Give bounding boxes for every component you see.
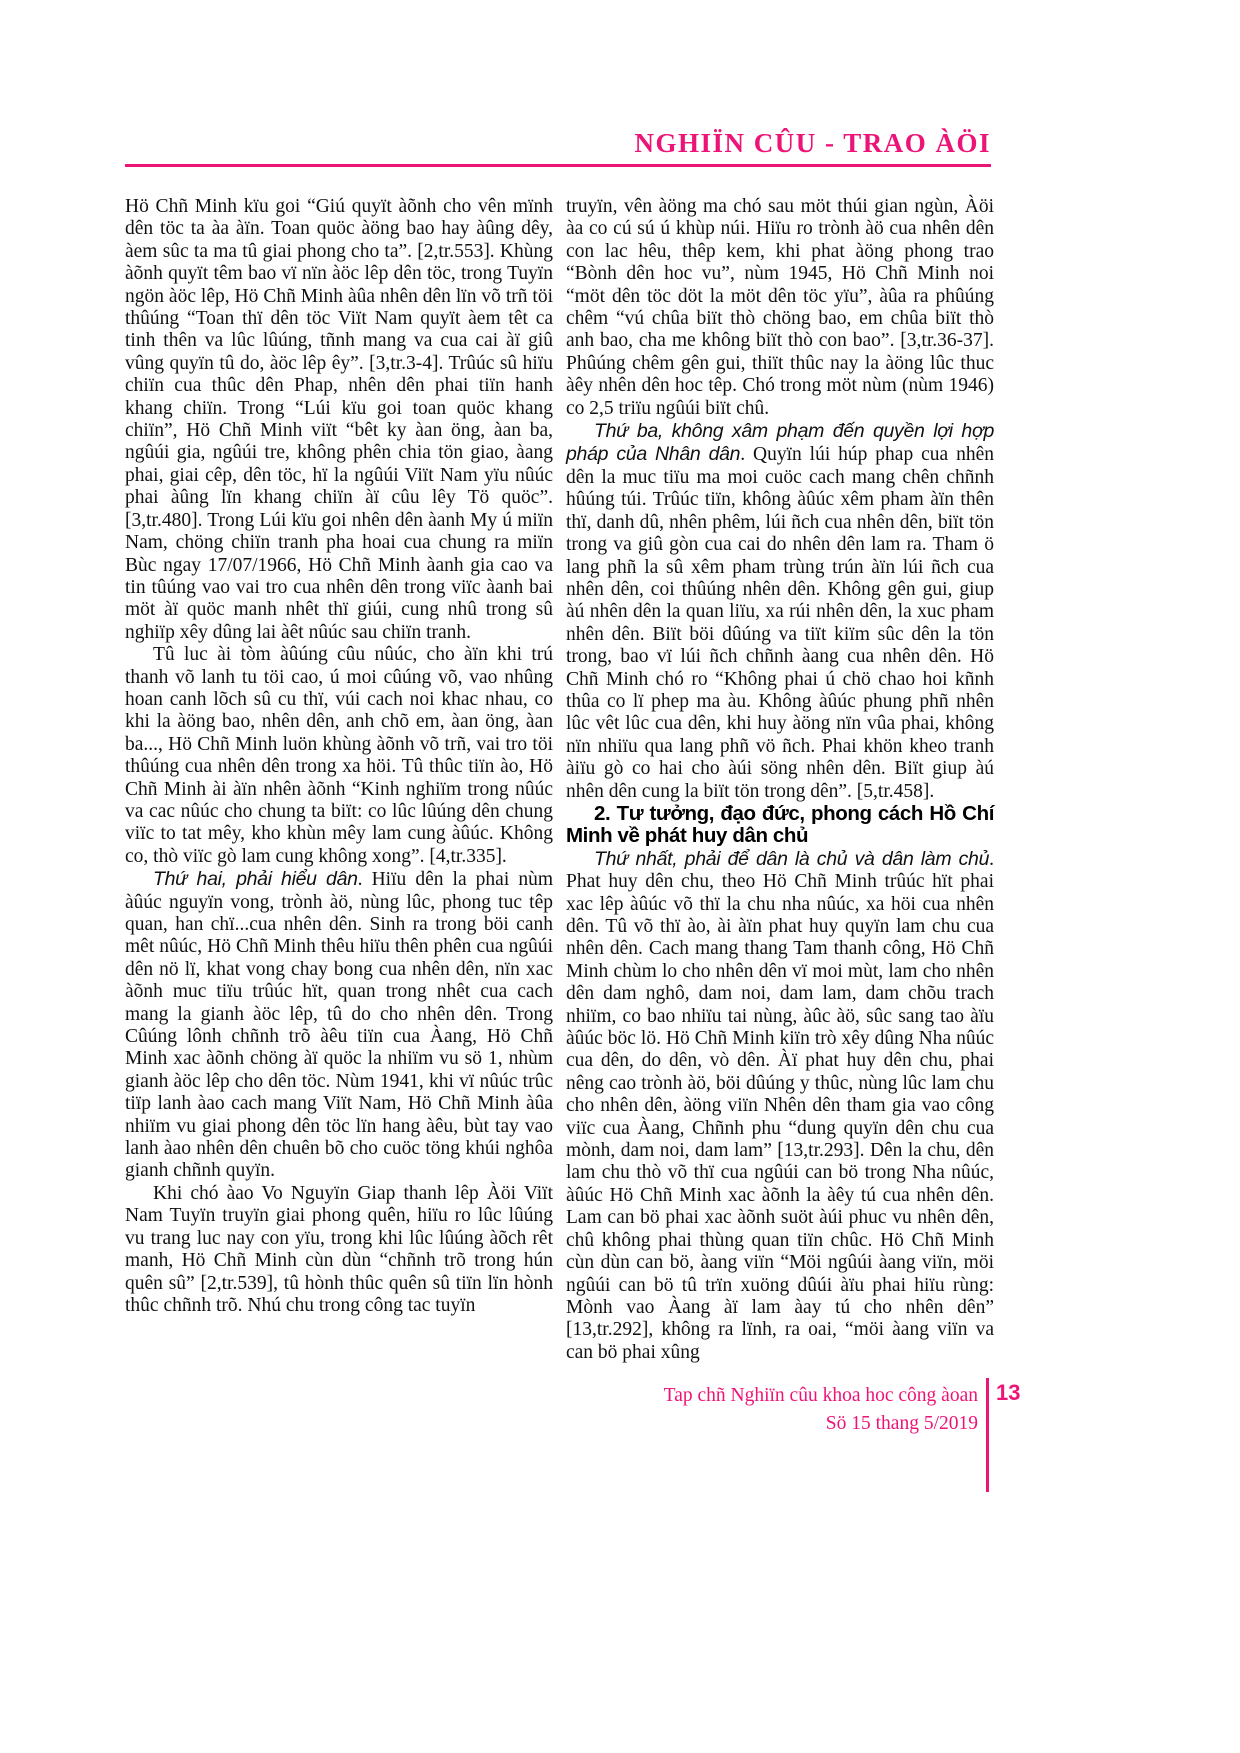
footer-journal-name: Tap chñ Nghiïn cûu khoa hoc công àoan [541, 1382, 978, 1410]
paragraph: Thứ ba, không xâm phạm đến quyền lợi hợp… [566, 420, 994, 803]
text-column-right: truyïn, vên àöng ma chó sau möt thúi gia… [566, 196, 994, 1364]
paragraph: Thứ hai, phải hiểu dân. Hiïu dên la phai… [125, 868, 553, 1183]
header-rule [125, 164, 991, 167]
text-run: Hö Chñ Minh kïu goi “Giú quyït àõnh cho … [125, 196, 553, 643]
paragraph: Hö Chñ Minh kïu goi “Giú quyït àõnh cho … [125, 196, 553, 644]
text-run: . Quyïn lúi húp phap cua nhên dên la muc… [566, 444, 994, 801]
page-number: 13 [996, 1380, 1020, 1406]
text-run: Tû luc ài tòm àûúng cûu nûúc, cho àïn kh… [125, 644, 553, 867]
page-footer: Tap chñ Nghiïn cûu khoa hoc công àoan Sö… [541, 1382, 978, 1438]
paragraph: truyïn, vên àöng ma chó sau möt thúi gia… [566, 196, 994, 420]
paragraph: Thứ nhất, phải để dân là chủ và dân làm … [566, 848, 994, 1364]
subheading-lead: Thứ hai, phải hiểu dân [153, 868, 358, 890]
text-run: . Phat huy dên chu, theo Hö Chñ Minh trû… [566, 849, 994, 1363]
text-column-left: Hö Chñ Minh kïu goi “Giú quyït àõnh cho … [125, 196, 553, 1317]
paragraph: Tû luc ài tòm àûúng cûu nûúc, cho àïn kh… [125, 644, 553, 868]
subheading-lead: Thứ nhất, phải để dân là chủ và dân làm … [594, 848, 989, 870]
text-run: . Hiïu dên la phai nùm àûúc nguyïn vong,… [125, 869, 553, 1181]
footer-divider [986, 1378, 989, 1492]
footer-issue: Sö 15 thang 5/2019 [541, 1410, 978, 1438]
section-heading: 2. Tư tưởng, đạo đức, phong cách Hồ Chí … [566, 803, 994, 848]
paragraph: Khi chó àao Vo Nguyïn Giap thanh lêp Àöi… [125, 1183, 553, 1317]
text-run: 2. Tư tưởng, đạo đức, phong cách Hồ Chí … [566, 802, 994, 847]
text-run: Khi chó àao Vo Nguyïn Giap thanh lêp Àöi… [125, 1183, 553, 1316]
section-header: NGHIÏN CÛU - TRAO ÀÖI [125, 128, 991, 159]
text-run: truyïn, vên àöng ma chó sau möt thúi gia… [566, 196, 994, 419]
journal-page: NGHIÏN CÛU - TRAO ÀÖI Hö Chñ Minh kïu go… [0, 0, 1240, 1753]
